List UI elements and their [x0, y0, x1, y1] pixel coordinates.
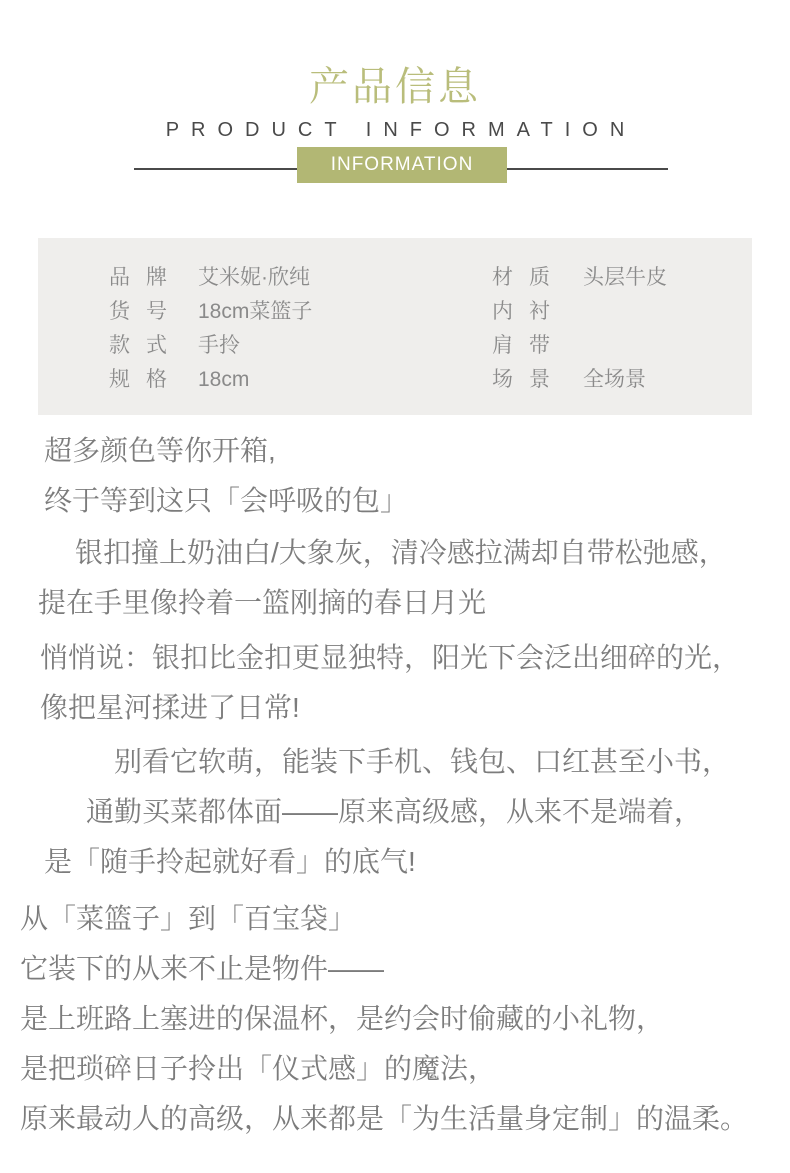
spec-row-brand: 品 牌艾米妮·欣纯 [109, 261, 312, 295]
spec-value: 头层牛皮 [583, 266, 667, 289]
page-title: 产品信息 [0, 64, 790, 110]
paragraph-colors: 银扣撞上奶油白/大象灰，清冷感拉满却自带松弛感， 提在手里像拎着一篮刚摘的春日月… [0, 528, 790, 628]
info-banner: INFORMATION [297, 147, 507, 183]
spec-value: 全场景 [583, 368, 646, 391]
body-line: 终于等到这只「会呼吸的包」 [0, 476, 790, 526]
spec-label: 材 质 [492, 261, 550, 295]
spec-row-style: 款 式手拎 [109, 329, 312, 363]
spec-label: 规 格 [109, 363, 167, 397]
spec-row-material: 材 质头层牛皮 [492, 261, 667, 295]
spec-row-lining: 内 衬 [492, 295, 667, 329]
body-line: 银扣撞上奶油白/大象灰，清冷感拉满却自带松弛感， [0, 528, 790, 578]
paragraph-closing: 从「菜篮子」到「百宝袋」 它装下的从来不止是物件—— 是上班路上塞进的保温杯，是… [0, 894, 790, 1144]
spec-row-scene: 场 景全场景 [492, 363, 667, 397]
spec-value: 艾米妮·欣纯 [198, 266, 310, 289]
spec-label: 款 式 [109, 329, 167, 363]
body-line: 提在手里像拎着一篮刚摘的春日月光 [0, 578, 790, 628]
spec-column-right: 材 质头层牛皮 内 衬 肩 带 场 景全场景 [492, 261, 667, 397]
body-line: 超多颜色等你开箱, [0, 426, 790, 476]
spec-label: 内 衬 [492, 295, 550, 329]
body-line: 像把星河揉进了日常! [0, 683, 790, 733]
spec-label: 肩 带 [492, 329, 550, 363]
paragraph-intro: 超多颜色等你开箱, 终于等到这只「会呼吸的包」 [0, 426, 790, 526]
body-line: 别看它软萌，能装下手机、钱包、口红甚至小书， [0, 737, 790, 787]
spec-column-left: 品 牌艾米妮·欣纯 货 号18cm菜篮子 款 式手拎 规 格18cm [109, 261, 312, 397]
body-line: 是把琐碎日子拎出「仪式感」的魔法， [0, 1044, 790, 1094]
spec-label: 品 牌 [109, 261, 167, 295]
spec-row-shoulder-strap: 肩 带 [492, 329, 667, 363]
page-subtitle: PRODUCT INFORMATION [0, 119, 790, 141]
spec-row-item-number: 货 号18cm菜篮子 [109, 295, 312, 329]
body-line: 是「随手拎起就好看」的底气! [0, 837, 790, 887]
body-line: 它装下的从来不止是物件—— [0, 944, 790, 994]
spec-row-size: 规 格18cm [109, 363, 312, 397]
spec-box: 品 牌艾米妮·欣纯 货 号18cm菜篮子 款 式手拎 规 格18cm 材 质头层… [38, 238, 752, 415]
spec-value: 18cm [198, 368, 249, 391]
spec-value: 18cm菜篮子 [198, 300, 312, 323]
body-line: 原来最动人的高级，从来都是「为生活量身定制」的温柔。 [0, 1094, 790, 1144]
spec-value: 手拎 [198, 334, 240, 357]
spec-label: 场 景 [492, 363, 550, 397]
paragraph-buckle: 悄悄说：银扣比金扣更显独特，阳光下会泛出细碎的光， 像把星河揉进了日常! [0, 633, 790, 733]
body-line: 是上班路上塞进的保温杯，是约会时偷藏的小礼物， [0, 994, 790, 1044]
paragraph-capacity: 别看它软萌，能装下手机、钱包、口红甚至小书， 通勤买菜都体面——原来高级感，从来… [0, 737, 790, 887]
body-line: 从「菜篮子」到「百宝袋」 [0, 894, 790, 944]
body-line: 悄悄说：银扣比金扣更显独特，阳光下会泛出细碎的光， [0, 633, 790, 683]
product-info-page: 产品信息 PRODUCT INFORMATION INFORMATION 品 牌… [0, 0, 790, 1173]
spec-label: 货 号 [109, 295, 167, 329]
body-line: 通勤买菜都体面——原来高级感，从来不是端着， [0, 787, 790, 837]
